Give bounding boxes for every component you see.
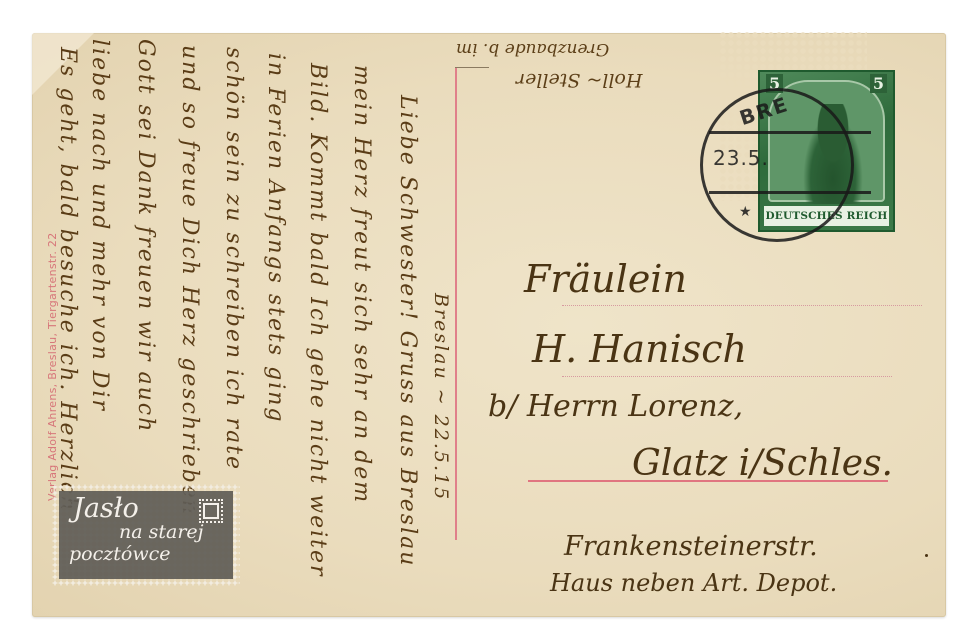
address-line-2: H. Hanisch — [532, 327, 747, 371]
message-column-2: liebe nach und mehr von Dir — [87, 39, 112, 412]
watermark: Jasło na starej pocztówce — [59, 491, 233, 579]
postmark-bar-top — [709, 131, 871, 134]
postmark: BRE 23.5. ★ — [700, 88, 854, 242]
upside-down-note-line-1: Grenzbaude b. im — [456, 39, 609, 59]
postmark-star-icon: ★ — [739, 204, 752, 220]
address-line-1: Fräulein — [524, 257, 687, 301]
message-column-6: in Ferien Anfangs stets ging — [263, 53, 288, 424]
message-column-4: und so freue Dich Herz geschrieben — [177, 45, 202, 516]
address-rule-3 — [528, 480, 888, 482]
watermark-line-2: na starej — [119, 521, 204, 543]
message-dateline: Breslau ~ 22.5.15 — [430, 293, 452, 501]
ink-speck — [925, 554, 928, 557]
message-column-7: Bild. Kommt bald Ich gehe nicht weiter — [305, 63, 330, 578]
message-column-8: mein Herz freut sich sehr an dem — [349, 65, 374, 504]
address-line-4: Glatz i/Schles. — [632, 443, 893, 484]
address-line-6: Haus neben Art. Depot. — [550, 569, 837, 597]
watermark-title: Jasło — [73, 493, 139, 524]
stamp-value-right: 5 — [870, 74, 887, 93]
watermark-line-3: pocztówce — [69, 543, 170, 565]
upside-down-note-line-2: Holl~ Steller — [516, 69, 643, 91]
address-line-3: b/ Herrn Lorenz, — [488, 389, 743, 424]
address-line-5: Frankensteinerstr. — [564, 531, 818, 562]
message-column-3: Gott sei Dank freuen wir auch — [133, 39, 158, 433]
postmark-date: 23.5. — [713, 146, 769, 170]
postmark-city: BRE — [737, 92, 792, 130]
watermark-stamp-icon — [199, 499, 223, 523]
address-rule-2 — [562, 376, 892, 377]
divider-top-tick — [455, 67, 489, 68]
postmark-bar-bottom — [709, 191, 871, 194]
message-column-9: Liebe Schwester! Gruss aus Breslau — [395, 95, 420, 567]
divider-line — [455, 68, 457, 540]
publisher-imprint: Verlag Adolf Ahrens, Breslau, Tiergarten… — [46, 232, 59, 501]
address-rule-1 — [562, 305, 922, 306]
message-column-5: schön sein zu schreiben ich rate — [221, 47, 246, 471]
